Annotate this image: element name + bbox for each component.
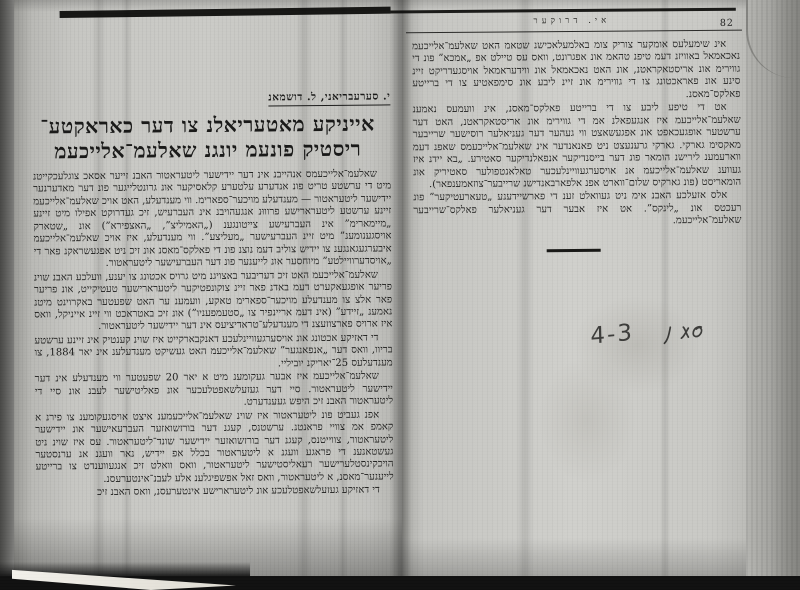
scanned-book-spread: י. סערעבריאני, ל. דושמאנ אייניקע מאטעריא… [0, 0, 800, 590]
paragraph: אפנ געביט פונ ליטעראטור איז שוינ שאלעמ־א… [35, 409, 394, 487]
header-rule-top [390, 8, 736, 13]
left-page-content: י. סערעבריאני, ל. דושמאנ אייניקע מאטעריא… [11, 0, 404, 580]
headline-line-2: ריסטיק פונעמ יונגנ שאלעמ־אלייכעמ [54, 137, 361, 164]
black-bar [60, 7, 391, 18]
headline-line-1: אייניקע מאטעריאלנ צו דער כאראקטע־ [40, 112, 375, 139]
page-number: 82 [720, 18, 734, 29]
running-header: אי. דרוקער [400, 14, 744, 28]
paragraph: אט די טיפע ליבע צו די ברייטע פאלקס־מאסנ,… [413, 102, 742, 192]
left-page-body: שאלעמ־אלייכעמס אנהייבנ אינ דער יידישער ל… [33, 168, 394, 501]
paragraph: אינ שימעלעס אומקער צוריק צומ באלמעלאכישנ… [412, 39, 740, 104]
header-rule-bottom [406, 30, 742, 34]
right-page-body: אינ שימעלעס אומקער צוריק צומ באלמעלאכישנ… [412, 39, 741, 231]
handwritten-word-scribble [652, 315, 704, 359]
paragraph: אלס אזעלכע האבנ אימ ניט געוואלט זענ די פ… [413, 190, 741, 230]
paragraph: שאלעמ־אלייכעמ האט זיכ דעריבער באצויגנ מי… [34, 269, 393, 334]
book-gutter-shadow [390, 0, 412, 578]
handwriting-icon [652, 315, 704, 355]
page-curl-line [746, 0, 794, 78]
page-stack-right-edge [746, 0, 800, 578]
article-headline: אייניקע מאטעריאלנ צו דער כאראקטע־ ריסטיק… [18, 111, 396, 164]
paragraph: די דאזיקע אכטונג אונ אויסערגעוויינלעכע ד… [34, 332, 392, 372]
paragraph: די דאזיקע געזעלשאפטלעכע אונ ליטערארישע א… [36, 485, 394, 501]
handwritten-number: 4-3 [590, 320, 634, 350]
right-page-content: אי. דרוקער 82 אינ שימעלעס אומקער צוריק צ… [400, 0, 749, 579]
byline: י. סערעבריאני, ל. דושמאנ [268, 90, 390, 106]
end-of-article-rule [547, 249, 601, 252]
right-page: אי. דרוקער 82 אינ שימעלעס אומקער צוריק צ… [402, 0, 746, 578]
left-page: י. סערעבריאני, ל. דושמאנ אייניקע מאטעריא… [14, 0, 402, 578]
paragraph: שאלעמ־אלייכעמס אנהייבנ אינ דער יידישער ל… [33, 168, 392, 271]
paragraph: שאלעמ־אלייכעמ איז אבער געקומענ מיט א יאר… [35, 371, 393, 411]
